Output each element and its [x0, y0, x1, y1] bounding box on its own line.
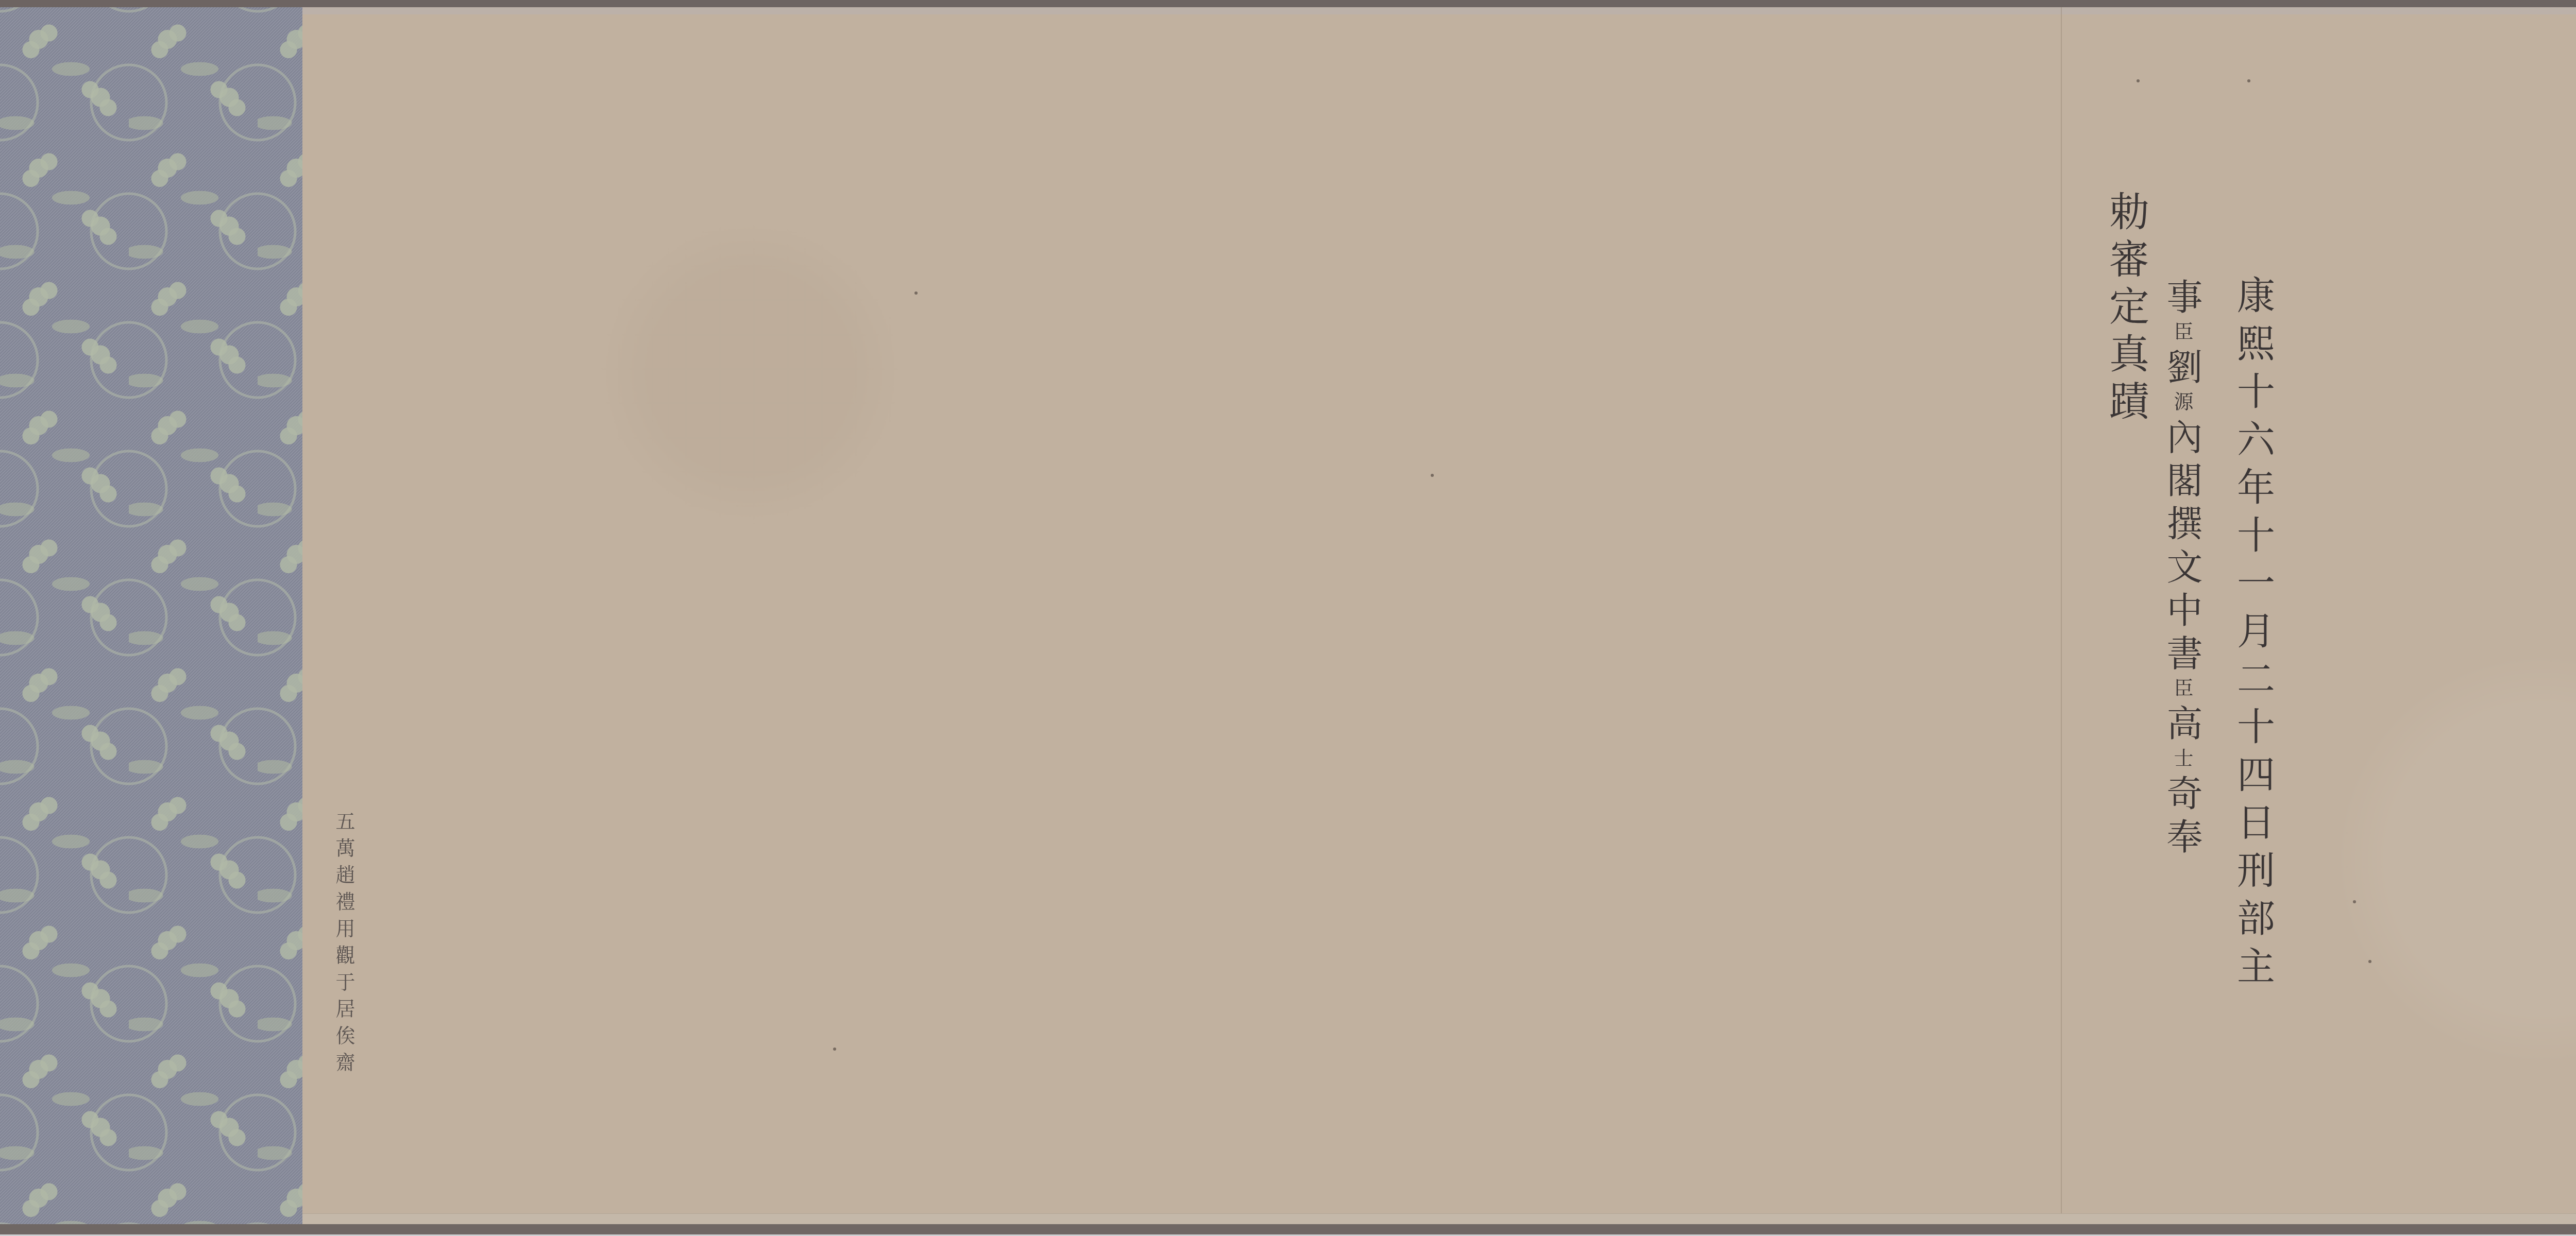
- credit-text: 奇奉: [2161, 775, 2203, 861]
- paper-speck: [2353, 900, 2356, 903]
- credit-small-text: 源: [2171, 391, 2193, 418]
- paper-speck: [2137, 79, 2140, 82]
- colophon-inscription: 五萬趙禮用觀于居俟齋: [330, 811, 358, 1079]
- paper-speck: [2247, 79, 2250, 82]
- handscroll: 五萬趙禮用觀于居俟齋 勅審定真蹟 康熙十六年十一月二十四日刑部主 事臣劉源內閣撰…: [0, 0, 2576, 1236]
- paper-join-seam: [2061, 7, 2062, 1224]
- credit-small-text: 士: [2171, 748, 2193, 775]
- credit-small-text: 臣: [2171, 321, 2193, 348]
- silk-brocade-mounting: [0, 7, 302, 1224]
- credit-text: 內閣撰文中書: [2161, 418, 2203, 678]
- credit-text: 劉: [2161, 348, 2203, 391]
- paper-bottom-border: [302, 1213, 2576, 1224]
- paper-speck: [2368, 960, 2371, 963]
- credit-small-text: 臣: [2171, 678, 2193, 705]
- paper-speck: [1431, 474, 1434, 477]
- credit-text: 事: [2161, 278, 2203, 321]
- calligraphy-date-column: 康熙十六年十一月二十四日刑部主: [2226, 276, 2280, 994]
- calligraphy-title-column: 勅審定真蹟: [2097, 191, 2155, 427]
- calligraphy-credit-column: 事臣劉源內閣撰文中書臣高士奇奉: [2156, 278, 2208, 861]
- credit-text: 高: [2161, 705, 2203, 748]
- paper-speck: [833, 1048, 836, 1051]
- paper-top-border: [302, 7, 2576, 14]
- bottom-edge-rod: [0, 1224, 2576, 1234]
- paper-speck: [914, 291, 918, 295]
- top-edge-rod: [0, 0, 2576, 7]
